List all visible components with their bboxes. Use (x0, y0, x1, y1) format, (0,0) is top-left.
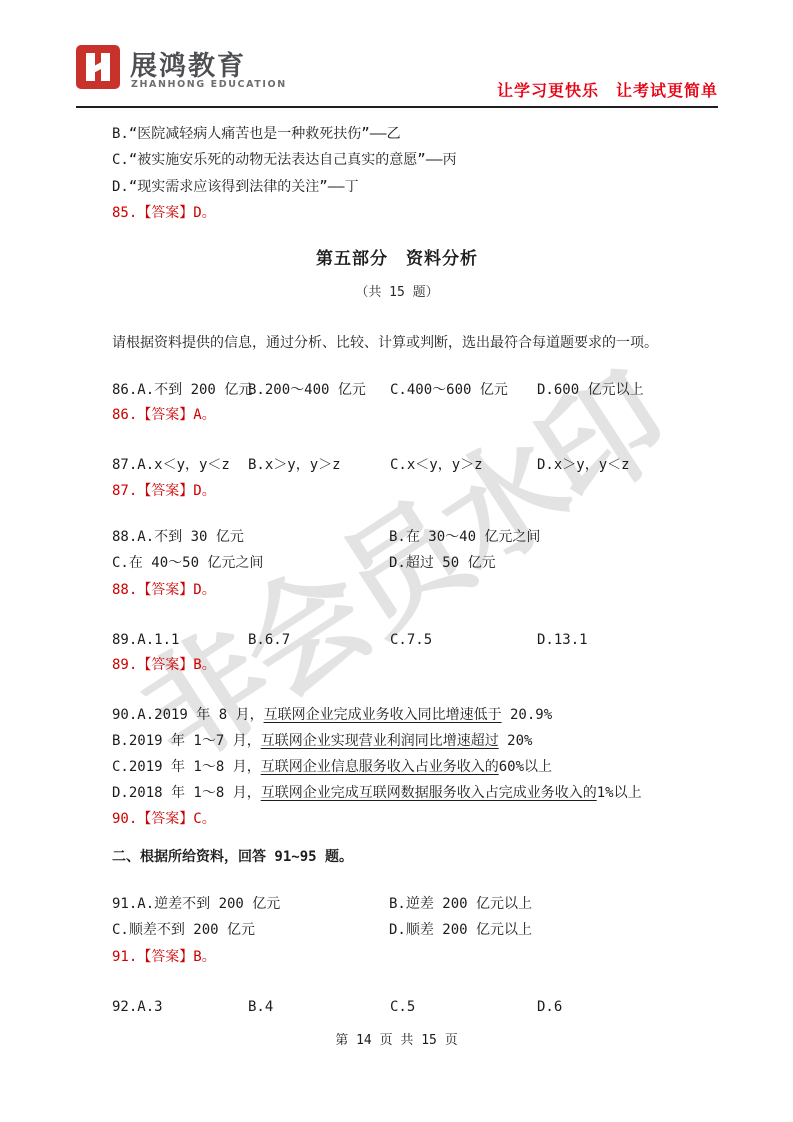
q90-option-c-pre: C.2019 年 1～8 月， (112, 759, 261, 775)
q92-option-b: B.4 (248, 994, 390, 1020)
q91-options-row1: 91.A.逆差不到 200 亿元 B.逆差 200 亿元以上 (112, 891, 682, 917)
q90-option-a-pre: 90.A.2019 年 8 月， (112, 707, 264, 723)
q85-option-b: B.“医院减轻病人痛苦也是一种救死扶伤”——乙 (112, 121, 682, 147)
q87-option-c: C.x＜y，y＞z (390, 452, 537, 478)
q90-option-c-post: 60%以上 (499, 759, 552, 775)
q86-option-b: B.200～400 亿元 (248, 377, 390, 403)
brand-slogan: 让学习更快乐 让考试更简单 (497, 78, 718, 101)
q85-option-c: C.“被实施安乐死的动物无法表达自己真实的意愿”——丙 (112, 147, 682, 173)
q89-option-b: B.6.7 (248, 627, 390, 653)
q92-options-row: 92.A.3 B.4 C.5 D.6 (112, 994, 682, 1020)
brand-logo-icon (76, 45, 120, 89)
q90-option-b: B.2019 年 1～7 月，互联网企业实现营业利润同比增速超过 20% (112, 728, 682, 754)
q88-option-a: 88.A.不到 30 亿元 (112, 524, 389, 550)
document-page: 非会员水印 展鸿教育 ZHANHONG EDUCATION 让学习更快乐 让考试… (0, 0, 793, 1122)
q86-options-row: 86.A.不到 200 亿元 B.200～400 亿元 C.400～600 亿元… (112, 377, 682, 403)
q91-option-a: 91.A.逆差不到 200 亿元 (112, 891, 389, 917)
q90-option-b-underlined: 互联网企业实现营业利润同比增速超过 (261, 733, 499, 749)
section-instruction: 请根据资料提供的信息，通过分析、比较、计算或判断，选出最符合每道题要求的一项。 (112, 330, 682, 356)
q89-answer: 89.【答案】B。 (112, 652, 682, 678)
q92-option-d: D.6 (537, 994, 682, 1020)
q90-option-c: C.2019 年 1～8 月，互联网企业信息服务收入占业务收入的60%以上 (112, 754, 682, 780)
q91-option-c: C.顺差不到 200 亿元 (112, 917, 389, 943)
q89-option-a: 89.A.1.1 (112, 627, 248, 653)
q87-option-a: 87.A.x＜y，y＜z (112, 452, 248, 478)
q91-option-d: D.顺差 200 亿元以上 (389, 917, 682, 943)
material2-heading: 二、根据所给资料，回答 91~95 题。 (112, 844, 682, 870)
q91-option-b: B.逆差 200 亿元以上 (389, 891, 682, 917)
q92-option-c: C.5 (390, 994, 537, 1020)
page-number: 第 14 页 共 15 页 (0, 1029, 793, 1048)
q92-option-a: 92.A.3 (112, 994, 248, 1020)
q90-option-d-post: 1%以上 (597, 785, 642, 801)
q90-option-a: 90.A.2019 年 8 月，互联网企业完成业务收入同比增速低于 20.9% (112, 702, 682, 728)
q88-answer: 88.【答案】D。 (112, 577, 682, 603)
q89-option-c: C.7.5 (390, 627, 537, 653)
q86-answer: 86.【答案】A。 (112, 402, 682, 428)
q86-option-d: D.600 亿元以上 (537, 377, 682, 403)
brand-name-en: ZHANHONG EDUCATION (131, 79, 287, 90)
q90-option-c-underlined: 互联网企业信息服务收入占业务收入的 (261, 759, 499, 775)
q90-option-d: D.2018 年 1～8 月，互联网企业完成互联网数据服务收入占完成业务收入的1… (112, 780, 682, 806)
q88-option-c: C.在 40～50 亿元之间 (112, 550, 389, 576)
q90-option-d-pre: D.2018 年 1～8 月， (112, 785, 261, 801)
logo-h-icon (76, 45, 120, 89)
q87-option-d: D.x＞y，y＜z (537, 452, 682, 478)
q87-answer: 87.【答案】D。 (112, 478, 682, 504)
q88-option-d: D.超过 50 亿元 (389, 550, 682, 576)
q88-options-row1: 88.A.不到 30 亿元 B.在 30～40 亿元之间 (112, 524, 682, 550)
header-divider (76, 106, 718, 108)
q88-option-b: B.在 30～40 亿元之间 (389, 524, 682, 550)
q90-option-a-post: 20.9% (502, 707, 553, 723)
q86-option-c: C.400～600 亿元 (390, 377, 537, 403)
q91-options-row2: C.顺差不到 200 亿元 D.顺差 200 亿元以上 (112, 917, 682, 943)
q85-option-d: D.“现实需求应该得到法律的关注”——丁 (112, 174, 682, 200)
q90-option-b-pre: B.2019 年 1～7 月， (112, 733, 261, 749)
brand-name-cn: 展鸿教育 (130, 44, 246, 83)
q90-option-a-underlined: 互联网企业完成业务收入同比增速低于 (264, 707, 502, 723)
q90-option-d-underlined: 互联网企业完成互联网数据服务收入占完成业务收入的 (261, 785, 597, 801)
q87-options-row: 87.A.x＜y，y＜z B.x＞y，y＞z C.x＜y，y＞z D.x＞y，y… (112, 452, 682, 478)
q88-options-row2: C.在 40～50 亿元之间 D.超过 50 亿元 (112, 550, 682, 576)
q90-option-b-post: 20% (499, 733, 533, 749)
q85-answer: 85.【答案】D。 (112, 200, 682, 226)
page-header: 展鸿教育 ZHANHONG EDUCATION 让学习更快乐 让考试更简单 (0, 0, 793, 110)
q87-option-b: B.x＞y，y＞z (248, 452, 390, 478)
q89-option-d: D.13.1 (537, 627, 682, 653)
section-subtitle: （共 15 题） (112, 280, 682, 306)
q90-answer: 90.【答案】C。 (112, 806, 682, 832)
section-title: 第五部分 资料分析 (112, 246, 682, 272)
q89-options-row: 89.A.1.1 B.6.7 C.7.5 D.13.1 (112, 627, 682, 653)
q91-answer: 91.【答案】B。 (112, 944, 682, 970)
q86-option-a: 86.A.不到 200 亿元 (112, 377, 248, 403)
